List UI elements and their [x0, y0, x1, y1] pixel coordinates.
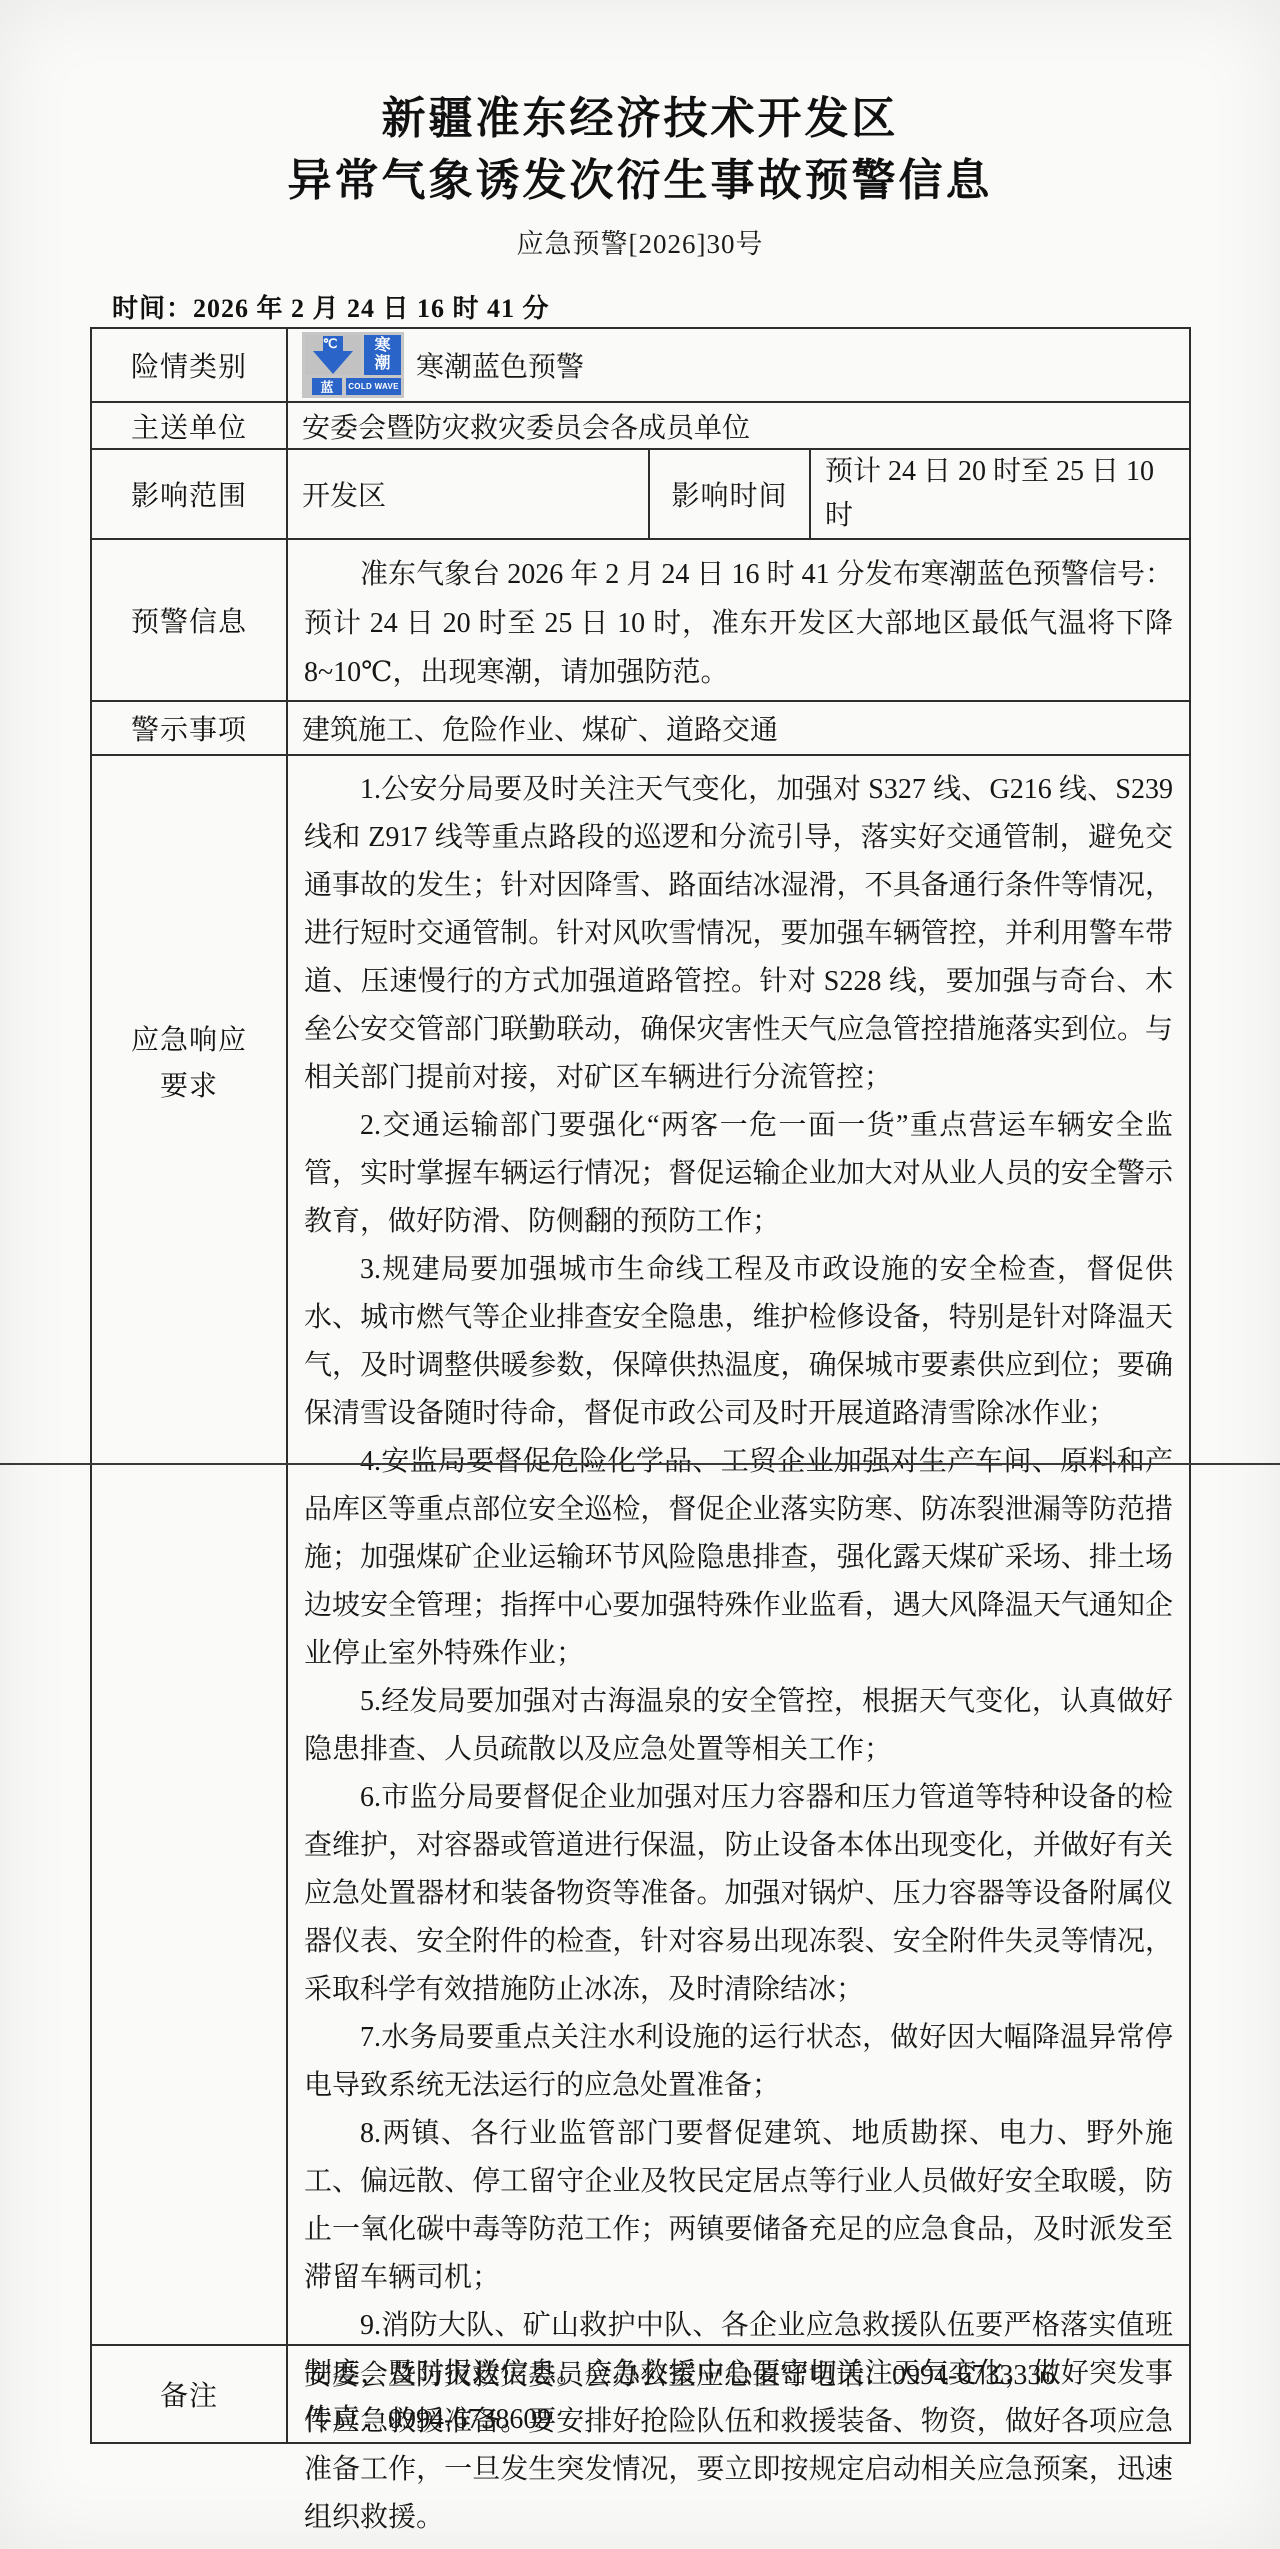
remarks-label: 备注 [92, 2346, 288, 2442]
recipients-value: 安委会暨防灾救灾委员会各成员单位 [288, 403, 1189, 448]
remarks-cell: 安委会暨防灾救灾委员会办公室应急值守电话：0994-6733336 传真：099… [288, 2346, 1189, 2442]
blue-level-badge: 蓝 [312, 378, 342, 395]
response-requirements-cell: 1.公安分局要及时关注天气变化，加强对 S327 线、G216 线、S239 线… [288, 756, 1189, 2344]
warning-info-label: 预警信息 [92, 540, 288, 700]
table-row-warning: 预警信息 准东气象台 2026 年 2 月 24 日 16 时 41 分发布寒潮… [92, 538, 1189, 700]
cold-wave-char-1: 寒 [374, 337, 390, 355]
response-paragraph: 3.规建局要加强城市生命线工程及市政设施的安全检查，督促供水、城市燃气等企业排查… [304, 1246, 1173, 1438]
response-paragraph: 6.市监分局要督促企业加强对压力容器和压力管道等特种设备的检查维护，对容器或管道… [304, 1774, 1173, 2014]
warning-info-text: 准东气象台 2026 年 2 月 24 日 16 时 41 分发布寒潮蓝色预警信… [304, 550, 1173, 697]
remarks-phone-line: 安委会暨防灾救灾委员会办公室应急值守电话：0994-6733336 [304, 2354, 1173, 2398]
warning-info-table: 险情类别 ℃ 寒 潮 蓝 COLD WAVE 寒潮蓝色预 [90, 327, 1191, 2444]
cold-wave-caption: COLD WAVE [346, 378, 401, 395]
cold-wave-blue-warning-icon: ℃ 寒 潮 蓝 COLD WAVE [302, 332, 404, 398]
temp-symbol: ℃ [302, 336, 358, 352]
page-split-line [0, 1463, 1280, 1465]
issue-time: 时间：2026 年 2 月 24 日 16 时 41 分 [112, 288, 550, 325]
table-row-response: 应急响应 要求 1.公安分局要及时关注天气变化，加强对 S327 线、G216 … [92, 754, 1189, 2344]
response-label: 应急响应 要求 [92, 756, 288, 2344]
response-paragraph: 2.交通运输部门要强化“两客一危一面一货”重点营运车辆安全监管，实时掌握车辆运行… [304, 1102, 1173, 1246]
document-page: 新疆准东经济技术开发区 异常气象诱发次衍生事故预警信息 应急预警[2026]30… [0, 0, 1280, 2549]
response-paragraph: 8.两镇、各行业监管部门要督促建筑、地质勘探、电力、野外施工、偏远散、停工留守企… [304, 2110, 1173, 2302]
risk-category-label: 险情类别 [92, 329, 288, 401]
period-value: 预计 24 日 20 时至 25 日 10 时 [811, 450, 1189, 538]
table-row-recipients: 主送单位 安委会暨防灾救灾委员会各成员单位 [92, 401, 1189, 448]
response-label-line-1: 应急响应 [131, 1018, 247, 1064]
document-number: 应急预警[2026]30号 [0, 222, 1280, 261]
scope-value: 开发区 [288, 450, 648, 538]
title-line-2: 异常气象诱发次衍生事故预警信息 [0, 150, 1280, 212]
alert-items-label: 警示事项 [92, 702, 288, 754]
response-paragraph: 5.经发局要加强对古海温泉的安全管控，根据天气变化，认真做好隐患排查、人员疏散以… [304, 1678, 1173, 1774]
table-row-risk: 险情类别 ℃ 寒 潮 蓝 COLD WAVE 寒潮蓝色预 [92, 329, 1189, 401]
response-paragraph: 1.公安分局要及时关注天气变化，加强对 S327 线、G216 线、S239 线… [304, 766, 1173, 1102]
cold-wave-characters: 寒 潮 [364, 335, 401, 375]
cold-wave-char-2: 潮 [374, 355, 390, 373]
risk-category-value: 寒潮蓝色预警 [416, 345, 584, 385]
table-row-scope: 影响范围 开发区 影响时间 预计 24 日 20 时至 25 日 10 时 [92, 448, 1189, 538]
title-line-1: 新疆准东经济技术开发区 [0, 88, 1280, 150]
document-title: 新疆准东经济技术开发区 异常气象诱发次衍生事故预警信息 [0, 88, 1280, 212]
risk-category-cell: ℃ 寒 潮 蓝 COLD WAVE 寒潮蓝色预警 [288, 329, 1189, 401]
period-label: 影响时间 [648, 450, 811, 538]
response-label-line-2: 要求 [131, 1064, 247, 1110]
scope-label: 影响范围 [92, 450, 288, 538]
remarks-fax-line: 传真：0994-6738609 [304, 2398, 1173, 2442]
alert-items-value: 建筑施工、危险作业、煤矿、道路交通 [288, 702, 1189, 754]
warning-info-cell: 准东气象台 2026 年 2 月 24 日 16 时 41 分发布寒潮蓝色预警信… [288, 540, 1189, 700]
response-paragraph: 7.水务局要重点关注水利设施的运行状态，做好因大幅降温异常停电导致系统无法运行的… [304, 2014, 1173, 2110]
table-row-remarks: 备注 安委会暨防灾救灾委员会办公室应急值守电话：0994-6733336 传真：… [92, 2344, 1189, 2442]
response-paragraph: 4.安监局要督促危险化学品、工贸企业加强对生产车间、原料和产品库区等重点部位安全… [304, 1438, 1173, 1678]
table-row-alert-items: 警示事项 建筑施工、危险作业、煤矿、道路交通 [92, 700, 1189, 754]
recipients-label: 主送单位 [92, 403, 288, 448]
